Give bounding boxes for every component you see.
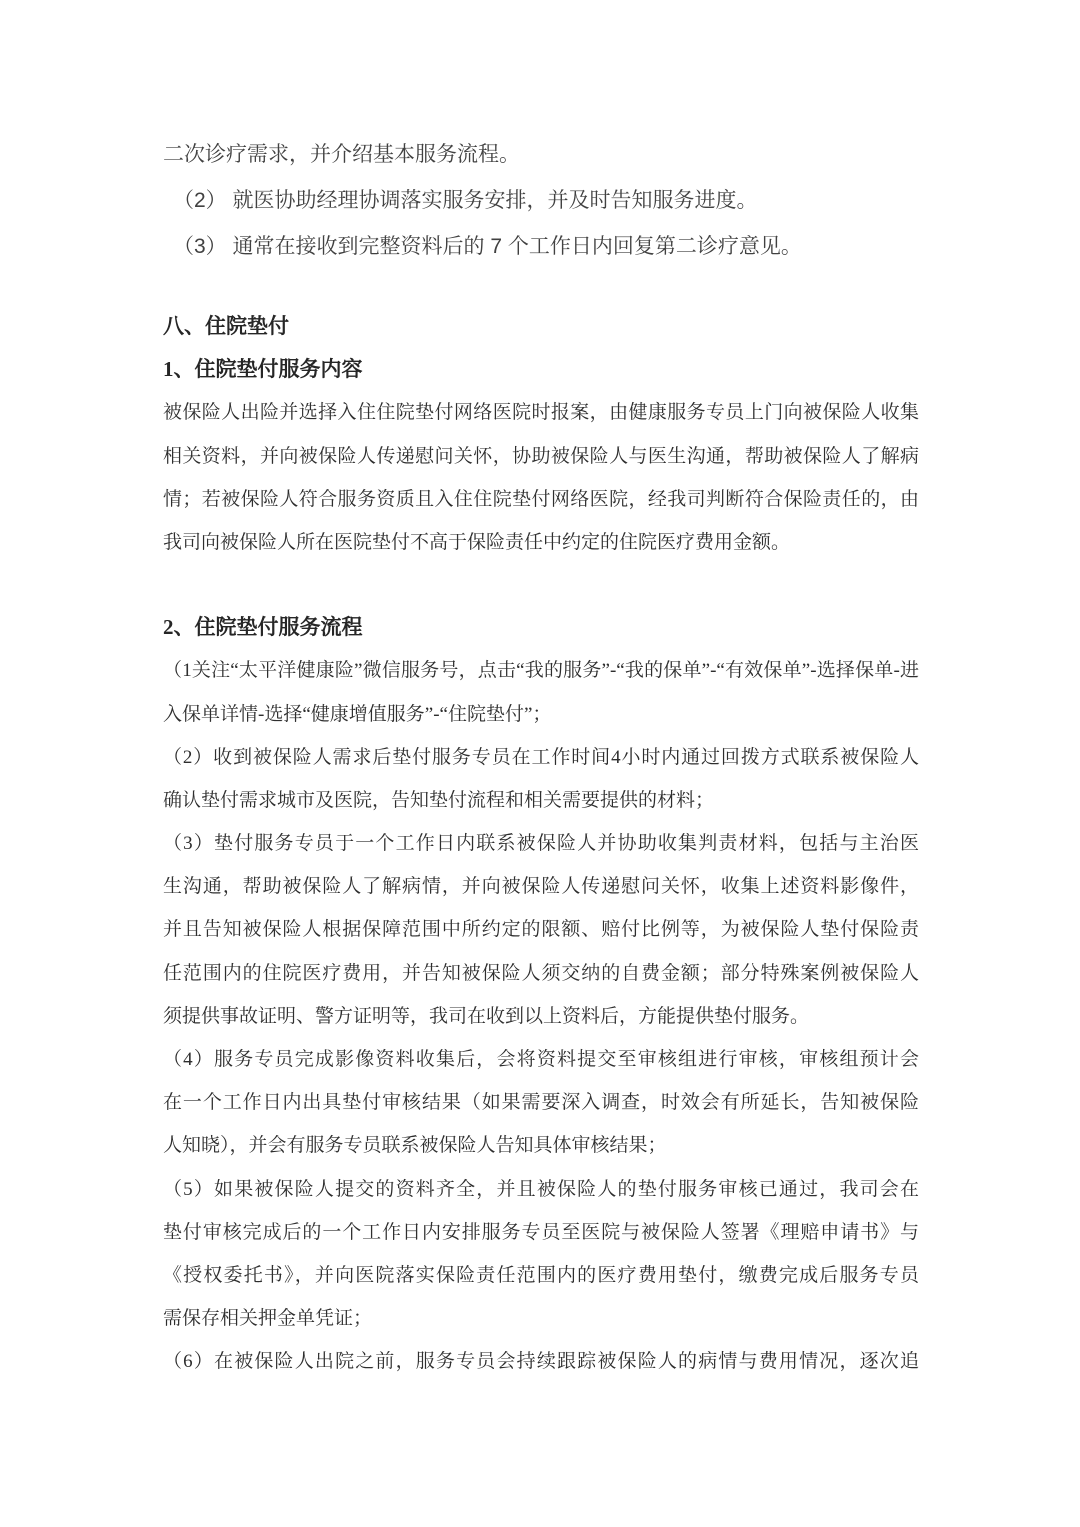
text-line: （4）服务专员完成影像资料收集后，会将资料提交至审核组进行审核，审核组预计会 — [163, 1038, 919, 1081]
service-step-1: （1关注“太平洋健康险”微信服务号，点击“我的服务”-“我的保单”-“有效保单”… — [163, 649, 919, 735]
page-content: 二次诊疗需求，并介绍基本服务流程。 （2） 就医协助经理协调落实服务安排，并及时… — [163, 0, 919, 1384]
text-line: 二次诊疗需求，并介绍基本服务流程。 — [163, 132, 919, 178]
text-line: 需保存相关押金单凭证； — [163, 1297, 919, 1340]
text-line: 任范围内的住院医疗费用，并告知被保险人须交纳的自费金额；部分特殊案例被保险人 — [163, 952, 919, 995]
document-page: 二次诊疗需求，并介绍基本服务流程。 （2） 就医协助经理协调落实服务安排，并及时… — [0, 0, 1080, 1527]
text-line: 情；若被保险人符合服务资质且入住住院垫付网络医院，经我司判断符合保险责任的，由 — [163, 478, 919, 521]
text-line: 相关资料，并向被保险人传递慰问关怀，协助被保险人与医生沟通，帮助被保险人了解病 — [163, 435, 919, 478]
list-item: （3） 通常在接收到完整资料后的 7 个工作日内回复第二诊疗意见。 — [163, 224, 919, 270]
service-step-2: （2）收到被保险人需求后垫付服务专员在工作时间4小时内通过回拨方式联系被保险人确… — [163, 736, 919, 822]
text-line: 被保险人出险并选择入住住院垫付网络医院时报案，由健康服务专员上门向被保险人收集 — [163, 391, 919, 434]
text-line: （6）在被保险人出院之前，服务专员会持续跟踪被保险人的病情与费用情况，逐次追 — [163, 1340, 919, 1383]
text-line: 人知晓），并会有服务专员联系被保险人告知具体审核结果； — [163, 1124, 919, 1167]
service-step-3: （3）垫付服务专员于一个工作日内联系被保险人并协助收集判责材料，包括与主治医生沟… — [163, 822, 919, 1038]
text-line: 垫付审核完成后的一个工作日内安排服务专员至医院与被保险人签署《理赔申请书》与 — [163, 1211, 919, 1254]
subsection-1-title: 1、住院垫付服务内容 — [163, 348, 919, 391]
subsection-2-title: 2、住院垫付服务流程 — [163, 606, 919, 649]
text-line: 确认垫付需求城市及医院，告知垫付流程和相关需要提供的材料； — [163, 779, 919, 822]
service-step-6: （6）在被保险人出院之前，服务专员会持续跟踪被保险人的病情与费用情况，逐次追 — [163, 1340, 919, 1383]
text-line: 《授权委托书》，并向医院落实保险责任范围内的医疗费用垫付，缴费完成后服务专员 — [163, 1254, 919, 1297]
text-line: 生沟通，帮助被保险人了解病情，并向被保险人传递慰问关怀，收集上述资料影像件， — [163, 865, 919, 908]
section-title: 八、住院垫付 — [163, 305, 919, 348]
text-line: （3）垫付服务专员于一个工作日内联系被保险人并协助收集判责材料，包括与主治医 — [163, 822, 919, 865]
text-line: 入保单详情-选择“健康增值服务”-“住院垫付”； — [163, 693, 919, 736]
text-line: 在一个工作日内出具垫付审核结果（如果需要深入调查，时效会有所延长，告知被保险 — [163, 1081, 919, 1124]
intro-paragraph: 二次诊疗需求，并介绍基本服务流程。 （2） 就医协助经理协调落实服务安排，并及时… — [163, 0, 919, 270]
service-step-5: （5）如果被保险人提交的资料齐全，并且被保险人的垫付服务审核已通过，我司会在垫付… — [163, 1168, 919, 1341]
list-item: （2） 就医协助经理协调落实服务安排，并及时告知服务进度。 — [163, 178, 919, 224]
service-step-4: （4）服务专员完成影像资料收集后，会将资料提交至审核组进行审核，审核组预计会在一… — [163, 1038, 919, 1168]
text-line: 我司向被保险人所在医院垫付不高于保险责任中约定的住院医疗费用金额。 — [163, 521, 919, 564]
text-line: 须提供事故证明、警方证明等，我司在收到以上资料后，方能提供垫付服务。 — [163, 995, 919, 1038]
text-line: （2）收到被保险人需求后垫付服务专员在工作时间4小时内通过回拨方式联系被保险人 — [163, 736, 919, 779]
text-line: （1关注“太平洋健康险”微信服务号，点击“我的服务”-“我的保单”-“有效保单”… — [163, 649, 919, 692]
text-line: （5）如果被保险人提交的资料齐全，并且被保险人的垫付服务审核已通过，我司会在 — [163, 1168, 919, 1211]
service-content-paragraph: 被保险人出险并选择入住住院垫付网络医院时报案，由健康服务专员上门向被保险人收集相… — [163, 391, 919, 564]
text-line: 并且告知被保险人根据保障范围中所约定的限额、赔付比例等，为被保险人垫付保险责 — [163, 908, 919, 951]
